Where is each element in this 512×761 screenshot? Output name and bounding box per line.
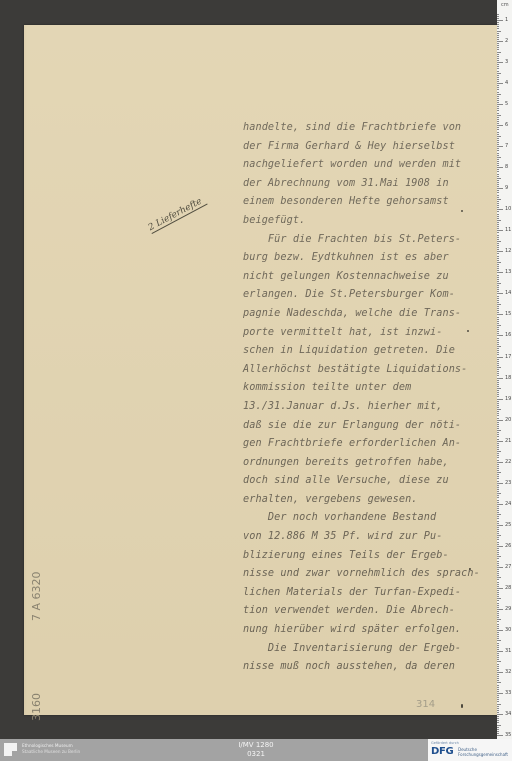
- ruler-tick: [497, 478, 499, 479]
- ruler-label: 27: [505, 564, 511, 570]
- ruler-tick: [497, 346, 501, 347]
- ruler-label: 15: [505, 311, 511, 317]
- ruler-tick: [497, 329, 499, 330]
- typed-line: beigefügt.: [243, 212, 483, 231]
- ruler-tick: [497, 516, 499, 517]
- image-identifier: I/MV 1280 0321: [226, 741, 286, 759]
- ruler-tick: [497, 262, 501, 263]
- ruler-tick: [497, 369, 499, 370]
- ruler-tick: [497, 49, 499, 50]
- ruler-label: 26: [505, 543, 511, 549]
- ruler-label: 11: [505, 227, 511, 233]
- ruler-tick: [497, 119, 499, 120]
- ruler-label: 6: [505, 122, 508, 128]
- ruler-tick: [497, 596, 499, 597]
- ruler-tick: [497, 310, 499, 311]
- ruler-tick: [497, 92, 499, 93]
- ruler-tick: [497, 338, 499, 339]
- museum-subtitle: Staatliche Museen zu Berlin: [22, 749, 80, 755]
- ruler-tick: [497, 579, 499, 580]
- archive-signature: I/MV 1280: [226, 741, 286, 750]
- ruler-tick: [497, 85, 499, 86]
- ruler-tick: [497, 617, 499, 618]
- typed-line: der Firma Gerhard & Hey hierselbst: [243, 138, 483, 157]
- typed-line: kommission teilte unter dem: [243, 379, 483, 398]
- typed-line: einem besonderen Hefte gehorsamst: [243, 193, 483, 212]
- ruler-label: 33: [505, 690, 511, 696]
- typed-line: Der noch vorhandene Bestand: [243, 509, 483, 528]
- ruler-label: 22: [505, 459, 511, 465]
- ruler-tick: [497, 79, 499, 80]
- ruler-tick: [497, 535, 501, 536]
- ruler-tick: [497, 561, 499, 562]
- ruler-tick: [497, 645, 499, 646]
- ruler-tick: [497, 148, 499, 149]
- ruler-tick: [497, 83, 503, 84]
- ruler-label: 1: [505, 17, 508, 23]
- ruler-tick: [497, 497, 499, 498]
- typed-line: nisse muß noch ausstehen, da deren: [243, 658, 483, 677]
- ruler-tick: [497, 386, 499, 387]
- ruler-tick: [497, 659, 499, 660]
- ruler-tick: [497, 550, 499, 551]
- ruler-tick: [497, 134, 499, 135]
- ruler-tick: [497, 590, 499, 591]
- ruler-tick: [497, 382, 499, 383]
- pencil-mark: [469, 568, 471, 570]
- ruler-tick: [497, 697, 499, 698]
- ruler-label: 20: [505, 417, 511, 423]
- ruler-tick: [497, 224, 499, 225]
- ruler-tick: [497, 266, 499, 267]
- ruler-tick: [497, 609, 503, 610]
- ruler-tick: [497, 43, 499, 44]
- ruler-tick: [497, 54, 499, 55]
- ruler-tick: [497, 222, 499, 223]
- typed-line: nung hierüber wird später erfolgen.: [243, 621, 483, 640]
- ruler-tick: [497, 457, 499, 458]
- ruler-tick: [497, 167, 503, 168]
- ruler-tick: [497, 340, 499, 341]
- ruler-tick: [497, 466, 499, 467]
- ruler-tick: [497, 411, 499, 412]
- ruler-tick: [497, 527, 499, 528]
- ruler-tick: [497, 291, 499, 292]
- ruler-tick: [497, 674, 499, 675]
- ruler-tick: [497, 304, 501, 305]
- ruler-tick: [497, 232, 499, 233]
- ruler-tick: [497, 476, 499, 477]
- dfg-logo-icon: DFG: [431, 746, 453, 757]
- ruler-tick: [497, 464, 499, 465]
- ruler-tick: [497, 647, 499, 648]
- ruler-tick: [497, 184, 499, 185]
- ruler-tick: [497, 655, 499, 656]
- ruler-label: 2: [505, 38, 508, 44]
- ruler-tick: [497, 165, 499, 166]
- ruler-tick: [497, 283, 501, 284]
- ruler-tick: [497, 455, 499, 456]
- ruler-tick: [497, 359, 499, 360]
- ruler-tick: [497, 640, 501, 641]
- dfg-funded-label: Gefördert durch: [431, 741, 459, 745]
- ruler-tick: [497, 16, 499, 17]
- ruler-tick: [497, 725, 501, 726]
- ruler-tick: [497, 279, 499, 280]
- ruler-tick: [497, 718, 499, 719]
- ruler-tick: [497, 502, 499, 503]
- ruler-tick: [497, 563, 499, 564]
- ruler-tick: [497, 18, 499, 19]
- ruler-tick: [497, 508, 499, 509]
- ruler-tick: [497, 506, 499, 507]
- scan-viewer: handelte, sind die Frachtbriefe vonder F…: [0, 0, 497, 739]
- ruler-tick: [497, 685, 499, 686]
- ruler-tick: [497, 150, 499, 151]
- ruler-tick: [497, 651, 503, 652]
- ruler-tick: [497, 243, 499, 244]
- ruler-tick: [497, 483, 503, 484]
- ruler-tick: [497, 584, 499, 585]
- ruler-tick: [497, 365, 499, 366]
- ruler-tick: [497, 47, 499, 48]
- ruler-tick: [497, 720, 499, 721]
- ruler-tick: [497, 613, 499, 614]
- typed-line: nisse und zwar vornehmlich des sprach-: [243, 565, 483, 584]
- ruler-tick: [497, 735, 503, 736]
- ruler-tick: [497, 220, 501, 221]
- ruler-tick: [497, 121, 499, 122]
- ruler-label: 29: [505, 606, 511, 612]
- ruler-tick: [497, 37, 499, 38]
- ruler-tick: [497, 146, 503, 147]
- ruler-tick: [497, 81, 499, 82]
- ruler-tick: [497, 678, 499, 679]
- ruler-tick: [497, 302, 499, 303]
- ruler-tick: [497, 565, 499, 566]
- ruler-tick: [497, 253, 499, 254]
- page-number: 314: [416, 699, 435, 710]
- ruler-tick: [497, 434, 499, 435]
- ruler-tick: [497, 558, 499, 559]
- ruler-tick: [497, 432, 499, 433]
- ruler-tick: [497, 413, 499, 414]
- ruler-tick: [497, 643, 499, 644]
- typed-line: erhalten, vergebens gewesen.: [243, 491, 483, 510]
- ruler-tick: [497, 129, 499, 130]
- ruler-tick: [497, 195, 499, 196]
- ruler-tick: [497, 192, 499, 193]
- ruler-tick: [497, 556, 501, 557]
- ruler-tick: [497, 188, 503, 189]
- ruler-unit: cm: [501, 2, 509, 8]
- ruler-tick: [497, 569, 499, 570]
- ruler-tick: [497, 657, 499, 658]
- ruler-tick: [497, 544, 499, 545]
- ruler-tick: [497, 314, 503, 315]
- ruler-tick: [497, 39, 499, 40]
- ruler-tick: [497, 333, 499, 334]
- ruler-label: 3: [505, 59, 508, 65]
- ruler-tick: [497, 71, 499, 72]
- ruler-tick: [497, 409, 501, 410]
- ruler-tick: [497, 621, 499, 622]
- ruler-tick: [497, 201, 499, 202]
- ruler-tick: [497, 571, 499, 572]
- ruler-tick: [497, 335, 503, 336]
- ruler-tick: [497, 235, 499, 236]
- ruler-label: 28: [505, 585, 511, 591]
- ruler-tick: [497, 485, 499, 486]
- ruler-tick: [497, 260, 499, 261]
- ruler-tick: [497, 249, 499, 250]
- ruler-tick: [497, 687, 499, 688]
- ruler-tick: [497, 491, 499, 492]
- typed-line: doch sind alle Versuche, diese zu: [243, 472, 483, 491]
- ruler-tick: [497, 422, 499, 423]
- ruler-tick: [497, 312, 499, 313]
- ruler-tick: [497, 451, 501, 452]
- ruler-tick: [497, 649, 499, 650]
- ruler-tick: [497, 706, 499, 707]
- ruler-tick: [497, 424, 499, 425]
- ruler-tick: [497, 153, 499, 154]
- ruler-tick: [497, 342, 499, 343]
- ruler-tick: [497, 624, 499, 625]
- ruler-tick: [497, 611, 499, 612]
- ruler-tick: [497, 28, 499, 29]
- ruler-tick: [497, 699, 499, 700]
- ruler-tick: [497, 401, 499, 402]
- ruler-tick: [497, 489, 499, 490]
- ruler-tick: [497, 371, 499, 372]
- ruler-tick: [497, 548, 499, 549]
- ruler-tick: [497, 436, 499, 437]
- ruler-label: 13: [505, 269, 511, 275]
- ruler-tick: [497, 24, 499, 25]
- ruler-tick: [497, 176, 499, 177]
- museum-logo-icon: [4, 743, 17, 756]
- ruler-label: 30: [505, 627, 511, 633]
- ruler-label: 35: [505, 732, 511, 738]
- ruler-tick: [497, 275, 499, 276]
- ruler-tick: [497, 481, 499, 482]
- ruler-tick: [497, 691, 499, 692]
- ruler-tick: [497, 533, 499, 534]
- ruler-tick: [497, 378, 503, 379]
- ruler-tick: [497, 392, 499, 393]
- ruler-tick: [497, 171, 499, 172]
- ruler-tick: [497, 638, 499, 639]
- typed-line: porte vermittelt hat, ist inzwi-: [243, 324, 483, 343]
- ruler-label: 7: [505, 143, 508, 149]
- typed-line: Allerhöchst bestätigte Liquidations-: [243, 361, 483, 380]
- ruler-tick: [497, 577, 501, 578]
- ruler-tick: [497, 66, 499, 67]
- ruler-tick: [497, 672, 503, 673]
- ruler-tick: [497, 546, 503, 547]
- ruler-tick: [497, 695, 499, 696]
- ruler-tick: [497, 500, 499, 501]
- ruler-tick: [497, 350, 499, 351]
- ruler-tick: [497, 449, 499, 450]
- ruler-tick: [497, 567, 503, 568]
- typed-line: schen in Liquidation getreten. Die: [243, 342, 483, 361]
- ruler-tick: [497, 653, 499, 654]
- ruler-tick: [497, 319, 499, 320]
- ruler-tick: [497, 390, 499, 391]
- typed-line: von 12.886 M 35 Pf. wird zur Pu-: [243, 528, 483, 547]
- ruler-tick: [497, 668, 499, 669]
- typed-line: nicht gelungen Kostennachweise zu: [243, 268, 483, 287]
- ruler-tick: [497, 186, 499, 187]
- ruler-tick: [497, 607, 499, 608]
- typed-line: Die Inventarisierung der Ergeb-: [243, 640, 483, 659]
- ruler-tick: [497, 207, 499, 208]
- ruler-tick: [497, 87, 499, 88]
- ruler-tick: [497, 125, 503, 126]
- typed-line: pagnie Nadeschda, welche die Trans-: [243, 305, 483, 324]
- ruler-tick: [497, 510, 499, 511]
- ruler-tick: [497, 106, 499, 107]
- ruler-tick: [497, 298, 499, 299]
- ruler-tick: [497, 586, 499, 587]
- ruler-tick: [497, 35, 499, 36]
- ruler-tick: [497, 96, 499, 97]
- ruler-tick: [497, 216, 499, 217]
- ruler-tick: [497, 199, 501, 200]
- pencil-mark: [467, 330, 469, 332]
- ruler-label: 8: [505, 164, 508, 170]
- ruler-tick: [497, 632, 499, 633]
- ruler-tick: [497, 441, 503, 442]
- ruler-tick: [497, 407, 499, 408]
- ruler-tick: [497, 731, 499, 732]
- typed-line: 13./31.Januar d.Js. hierher mit,: [243, 398, 483, 417]
- typed-line: gen Frachtbriefe erforderlichen An-: [243, 435, 483, 454]
- ruler-tick: [497, 155, 499, 156]
- ruler-tick: [497, 272, 503, 273]
- ruler-label: 21: [505, 438, 511, 444]
- ruler-tick: [497, 62, 503, 63]
- ruler-tick: [497, 140, 499, 141]
- ruler-tick: [497, 676, 499, 677]
- ruler-tick: [497, 710, 499, 711]
- dfg-credit: Gefördert durch DFG Deutsche Forschungsg…: [428, 739, 512, 761]
- ruler-tick: [497, 615, 499, 616]
- typed-line: Für die Frachten bis St.Peters-: [243, 231, 483, 250]
- ruler-tick: [497, 258, 499, 259]
- ruler-tick: [497, 22, 499, 23]
- ruler-tick: [497, 211, 499, 212]
- ruler-tick: [497, 582, 499, 583]
- ruler-tick: [497, 363, 499, 364]
- ruler-label: 31: [505, 648, 511, 654]
- ruler-tick: [497, 180, 499, 181]
- ruler-tick: [497, 539, 499, 540]
- ruler-tick: [497, 474, 499, 475]
- ruler-tick: [497, 666, 499, 667]
- ruler-tick: [497, 100, 499, 101]
- ruler-tick: [497, 203, 499, 204]
- ruler-tick: [497, 460, 499, 461]
- ruler-tick: [497, 605, 499, 606]
- ruler-tick: [497, 127, 499, 128]
- ruler-tick: [497, 197, 499, 198]
- document-page: handelte, sind die Frachtbriefe vonder F…: [24, 25, 497, 715]
- ruler-tick: [497, 670, 499, 671]
- ruler-tick: [497, 493, 501, 494]
- ruler-tick: [497, 716, 499, 717]
- ruler-tick: [497, 430, 501, 431]
- typed-line: nachgeliefert worden und werden mit: [243, 156, 483, 175]
- ruler-tick: [497, 357, 503, 358]
- ruler-tick: [497, 73, 501, 74]
- ruler-tick: [497, 525, 503, 526]
- ruler-tick: [497, 306, 499, 307]
- ruler-tick: [497, 523, 499, 524]
- ruler-tick: [497, 190, 499, 191]
- ruler-tick: [497, 537, 499, 538]
- ruler-tick: [497, 104, 503, 105]
- ruler-label: 17: [505, 354, 511, 360]
- ruler-tick: [497, 704, 501, 705]
- image-number: 0321: [226, 750, 286, 759]
- ruler-tick: [497, 89, 499, 90]
- ruler-tick: [497, 626, 499, 627]
- ruler-tick: [497, 132, 499, 133]
- museum-credit: Ethnologisches Museum Staatliche Museen …: [22, 743, 80, 755]
- ruler-tick: [497, 325, 501, 326]
- ruler-tick: [497, 373, 499, 374]
- ruler-label: 23: [505, 480, 511, 486]
- ruler-tick: [497, 447, 499, 448]
- ruler-tick: [497, 268, 499, 269]
- ruler-tick: [497, 575, 499, 576]
- ruler-tick: [497, 399, 503, 400]
- ruler-tick: [497, 94, 501, 95]
- ruler-tick: [497, 352, 499, 353]
- ruler-tick: [497, 277, 499, 278]
- ruler-tick: [497, 174, 499, 175]
- ruler-tick: [497, 348, 499, 349]
- ruler-tick: [497, 388, 501, 389]
- ruler-label: 19: [505, 396, 511, 402]
- ruler-tick: [497, 634, 499, 635]
- ruler-tick: [497, 664, 499, 665]
- ruler-tick: [497, 300, 499, 301]
- ruler-tick: [497, 592, 499, 593]
- ruler-tick: [497, 228, 499, 229]
- ruler-label: 4: [505, 80, 508, 86]
- ruler-tick: [497, 573, 499, 574]
- ruler-tick: [497, 102, 499, 103]
- ruler-tick: [497, 331, 499, 332]
- ruler-tick: [497, 33, 499, 34]
- typed-line: daß sie die zur Erlangung der nöti-: [243, 417, 483, 436]
- ruler-tick: [497, 588, 503, 589]
- ruler-tick: [497, 245, 499, 246]
- typed-line: erlangen. Die St.Petersburger Kom-: [243, 286, 483, 305]
- ruler-tick: [497, 729, 499, 730]
- ruler-tick: [497, 693, 503, 694]
- ruler-tick: [497, 470, 499, 471]
- ruler-tick: [497, 157, 501, 158]
- ruler-tick: [497, 239, 499, 240]
- ruler-tick: [497, 531, 499, 532]
- ruler-tick: [497, 701, 499, 702]
- ruler-label: 14: [505, 290, 511, 296]
